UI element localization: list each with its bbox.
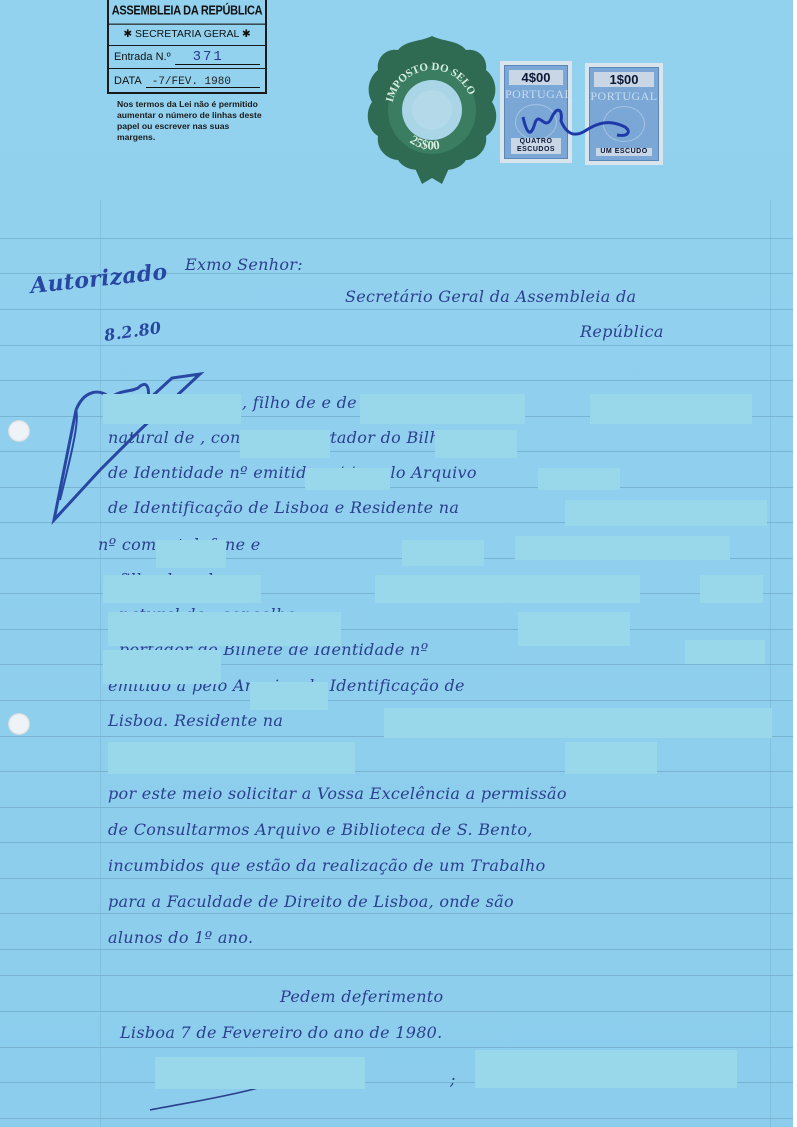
punch-hole — [8, 420, 30, 442]
body-line: , filho de e de , — [242, 393, 368, 412]
signature-separator: ; — [450, 1070, 456, 1089]
stamp-value: 4$00 — [509, 70, 563, 85]
stamped-paper: ASSEMBLEIA DA REPÚBLICA ✱ SECRETARIA GER… — [0, 0, 793, 1127]
cancellation-scribble-icon — [505, 95, 655, 145]
law-note: Nos termos da Lei não é permitido aument… — [117, 99, 267, 143]
place-date: Lisboa 7 de Fevereiro do ano de 1980. — [120, 1023, 443, 1042]
entry-number: 371 — [193, 49, 224, 65]
body-line: Lisboa. Residente na — [108, 711, 283, 730]
entry-label: Entrada N.º — [114, 51, 171, 63]
addressee-line1: Secretário Geral da Assembleia da — [345, 287, 636, 306]
salutation: Exmo Senhor: — [185, 255, 303, 274]
registry-stamp: ASSEMBLEIA DA REPÚBLICA ✱ SECRETARIA GER… — [107, 0, 267, 94]
seal-emblem-icon: IMPOSTO DO SELO 25$00 — [362, 32, 502, 200]
stamp-value: 1$00 — [594, 72, 654, 87]
date-value: -7/FEV. 1980 — [152, 76, 231, 88]
stamp-subtitle: ✱ SECRETARIA GERAL ✱ — [109, 23, 265, 46]
body-line: alunos do 1º ano. — [108, 928, 253, 947]
body-line: incumbidos que estão da realização de um… — [108, 856, 546, 875]
approval-note: Autorizado — [29, 259, 169, 299]
stamp-title: ASSEMBLEIA DA REPÚBLICA — [109, 0, 265, 25]
closing: Pedem deferimento — [280, 987, 443, 1006]
date-label: DATA — [114, 75, 142, 87]
body-line: de Consultarmos Arquivo e Biblioteca de … — [108, 820, 533, 839]
punch-hole — [8, 713, 30, 735]
approval-date: 8.2.80 — [103, 318, 163, 345]
body-line: por este meio solicitar a Vossa Excelênc… — [108, 784, 567, 803]
body-line: de Identificação de Lisboa e Residente n… — [108, 498, 459, 517]
addressee-line2: República — [580, 322, 664, 341]
stamp-words: UM ESCUDO — [596, 148, 652, 156]
body-line: de Identidade nº emitido a / / , pelo Ar… — [108, 463, 477, 482]
body-line: para a Faculdade de Direito de Lisboa, o… — [108, 892, 514, 911]
fiscal-seal: IMPOSTO DO SELO 25$00 — [362, 32, 502, 200]
